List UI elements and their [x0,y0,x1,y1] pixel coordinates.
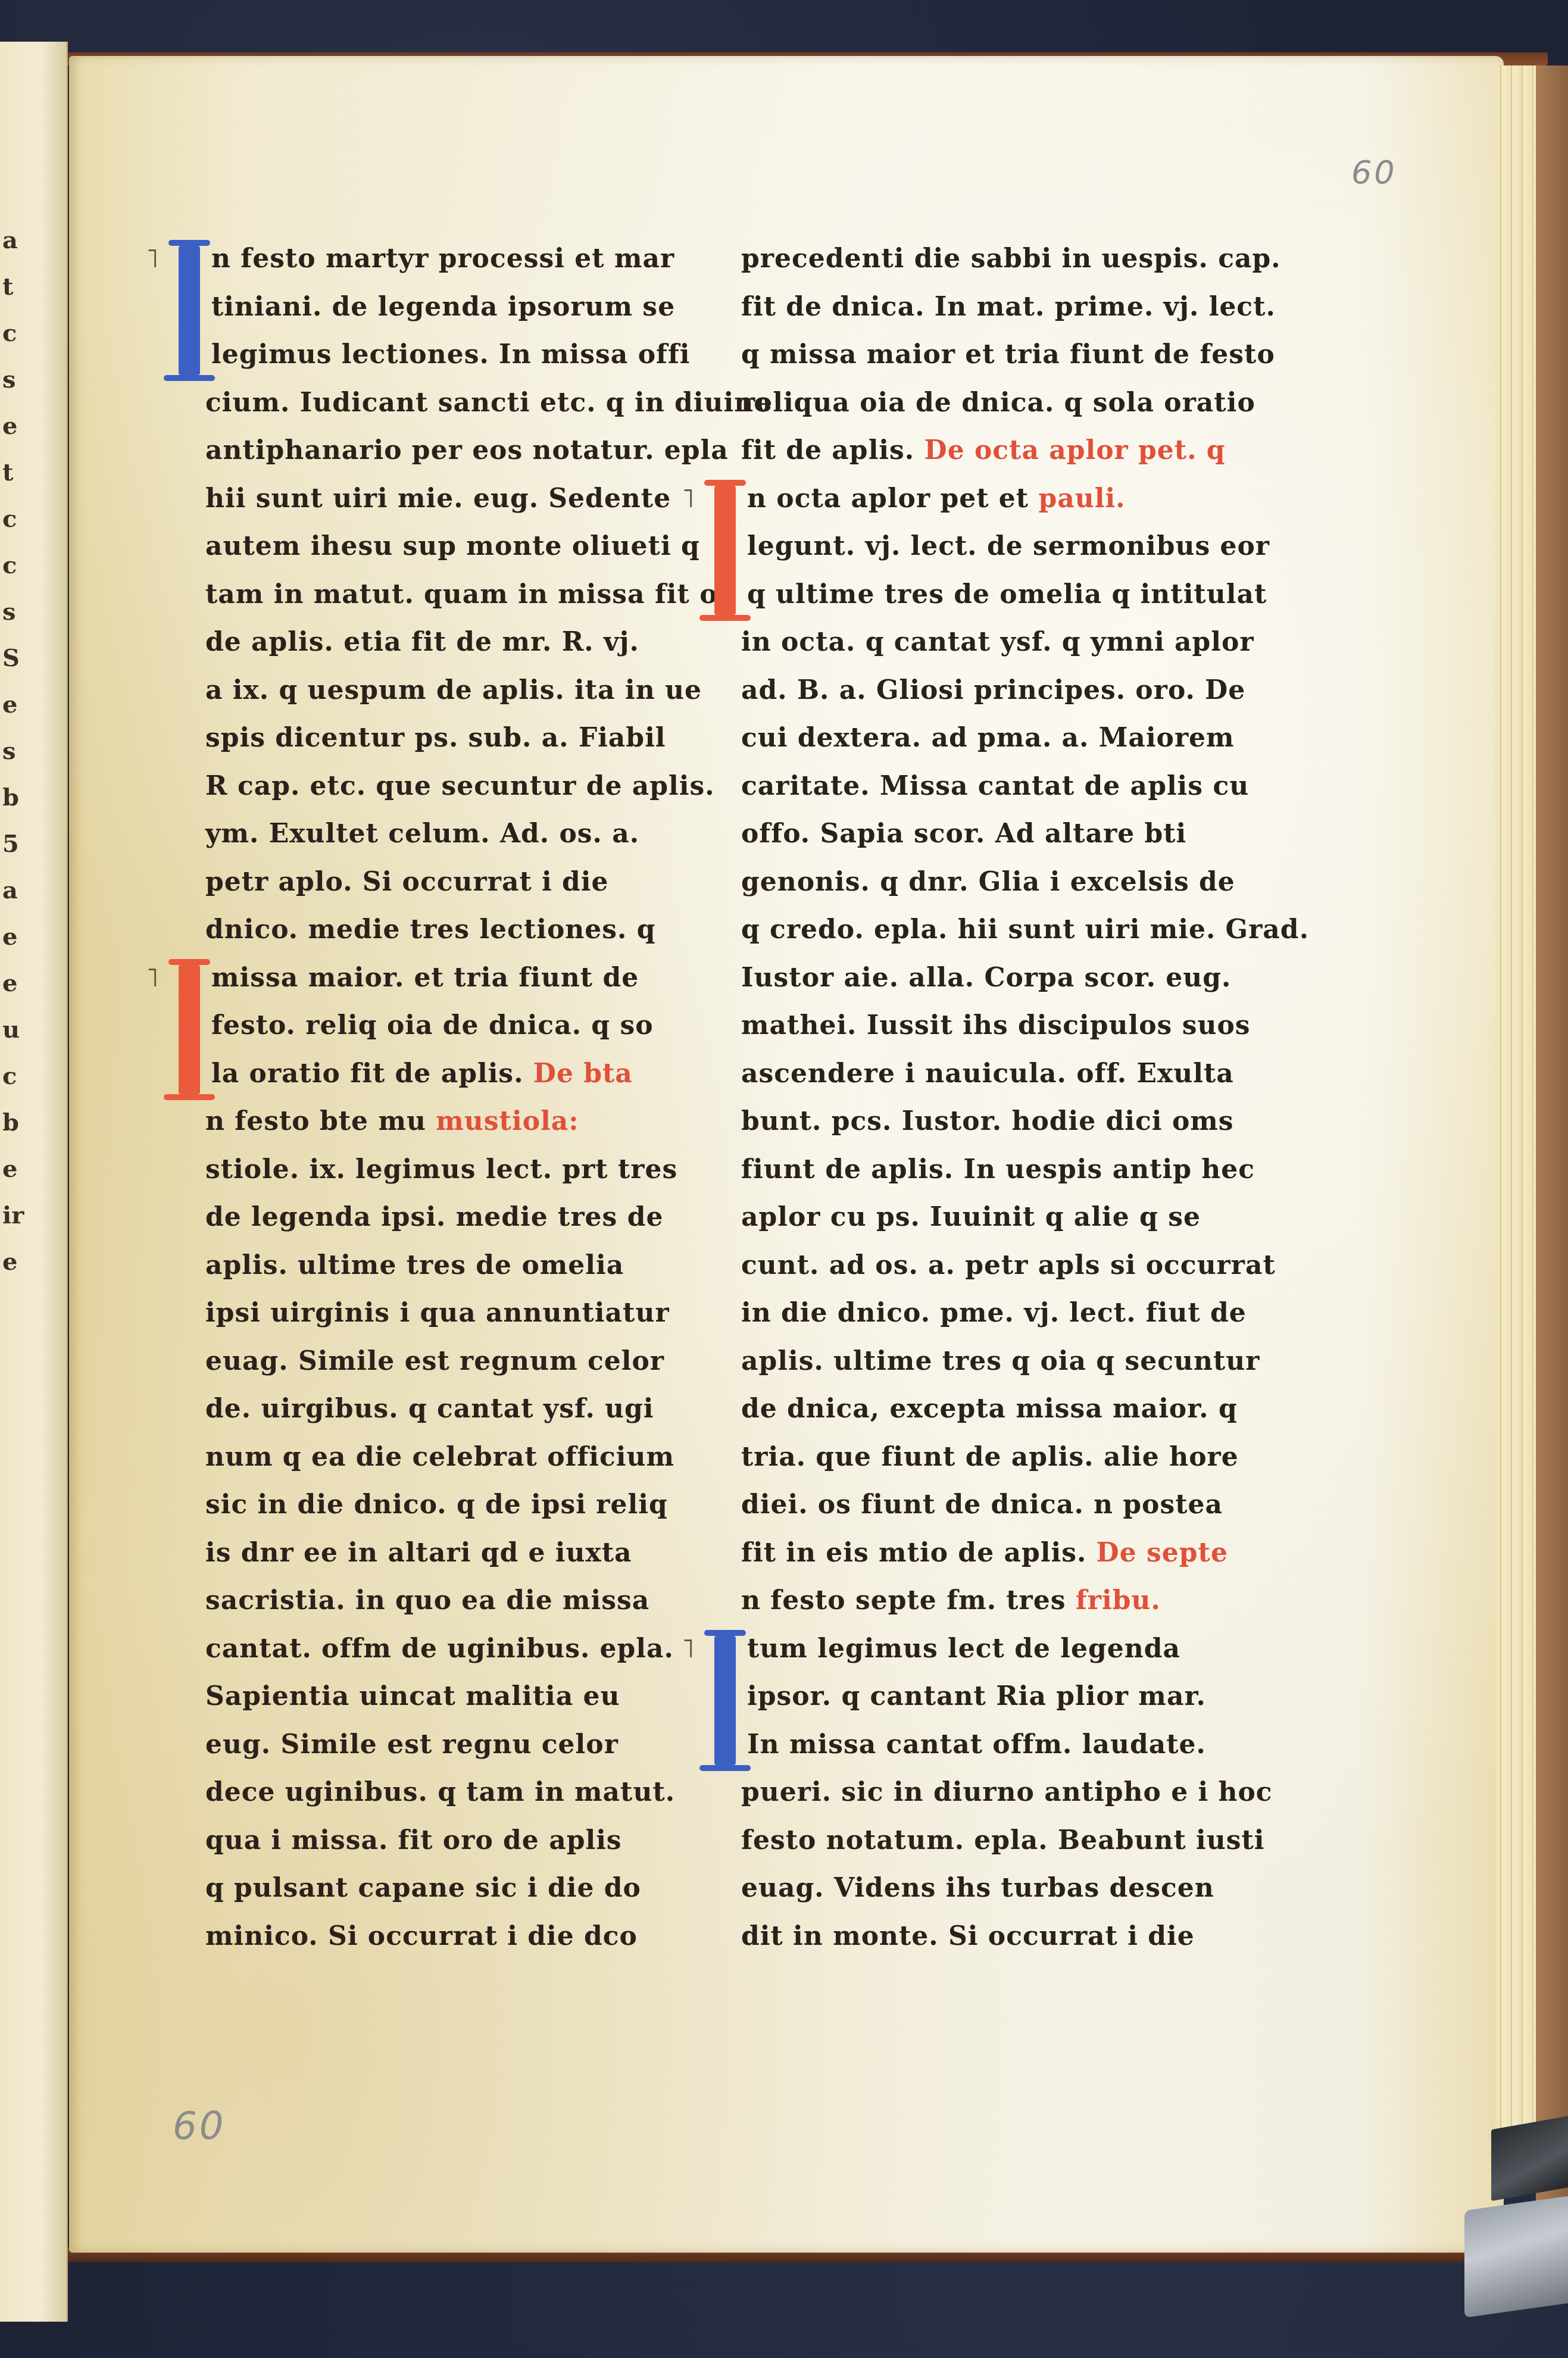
manuscript-line: fit in eis mtio de aplis. De septe [741,1529,1235,1578]
fore-edge-page-stack [1495,65,1537,2185]
manuscript-line: sacristia. in quo ea die missa [205,1577,682,1625]
line-text: tria. que fiunt de aplis. alie hore [741,1442,1239,1472]
line-text: q credo. epla. hii sunt uiri mie. Grad. [741,914,1309,945]
text-column-right: precedenti die sabbi in uespis. cap.fit … [741,235,1235,1960]
manuscript-line: in die dnico. pme. vj. lect. fiut de [741,1289,1235,1338]
facing-page-glyph: e [2,969,17,997]
line-text: cium. Iudicant sancti etc. q in diuino [205,388,771,418]
facing-page-glyph: b [2,783,19,811]
line-text: mathei. Iussit ihs discipulos suos [741,1010,1251,1041]
line-text: aplis. ultime tres q oia q secuntur [741,1346,1260,1376]
manuscript-line: missa maior. et tria fiunt de [205,954,682,1002]
manuscript-line: de dnica, excepta missa maior. q [741,1385,1235,1433]
line-text: dece uginibus. q tam in matut. [205,1777,675,1807]
line-text: la oratio fit de aplis. [211,1058,523,1089]
facing-page-glyph: s [2,737,16,765]
manuscript-line: In missa cantat offm. laudate. [741,1721,1235,1769]
line-text: sacristia. in quo ea die missa [205,1585,649,1616]
manuscript-line: q ultime tres de omelia q intitulat [741,571,1235,619]
manuscript-line: q missa maior et tria fiunt de festo [741,331,1235,379]
manuscript-line: qua i missa. fit oro de aplis [205,1817,682,1865]
line-text: q missa maior et tria fiunt de festo [741,339,1275,370]
manuscript-line: festo notatum. epla. Beabunt iusti [741,1817,1235,1865]
line-text: cantat. offm de uginibus. epla. [205,1634,674,1664]
manuscript-line: Sapientia uincat malitia eu [205,1673,682,1721]
manuscript-line: tria. que fiunt de aplis. alie hore [741,1433,1235,1482]
metal-weight [1464,2195,1568,2318]
manuscript-line: R cap. etc. que secuntur de aplis. [205,763,682,811]
manuscript-line: cium. Iudicant sancti etc. q in diuino [205,379,682,427]
manuscript-line: ipsor. q cantant Ria plior mar. [741,1673,1235,1721]
paragraph-mark: ˥ [146,243,159,274]
line-text: ad. B. a. Gliosi principes. oro. De [741,675,1245,705]
line-text: Sapientia uincat malitia eu [205,1681,620,1711]
line-text: de dnica, excepta missa maior. q [741,1394,1238,1424]
manuscript-line: n festo bte mu mustiola: [205,1098,682,1146]
line-text: eug. Simile est regnu celor [205,1729,619,1760]
line-text: de. uirgibus. q cantat ysf. ugi [205,1394,654,1424]
manuscript-line: aplis. ultime tres q oia q secuntur [741,1338,1235,1386]
line-text: diei. os fiunt de dnica. n postea [741,1489,1223,1520]
manuscript-line: num q ea die celebrat officium [205,1433,682,1482]
facing-page-glyph: u [2,1016,20,1044]
manuscript-line: hii sunt uiri mie. eug. Sedente [205,475,682,523]
line-text: festo. reliq oia de dnica. q so [211,1010,654,1041]
manuscript-line: caritate. Missa cantat de aplis cu [741,763,1235,811]
manuscript-line: ascendere i nauicula. off. Exulta [741,1050,1235,1098]
line-text: num q ea die celebrat officium [205,1442,674,1472]
facing-page-glyph: c [2,551,17,579]
facing-page-glyph: e [2,412,17,440]
facing-page-edge: atcsetccsSesb5aeeucbeire [0,42,68,2322]
manuscript-line: ipsi uirginis i qua annuntiatur [205,1289,682,1338]
line-text: n octa aplor pet et [747,483,1029,514]
rubric-text: pauli. [1029,483,1125,514]
manuscript-line: de legenda ipsi. medie tres de [205,1194,682,1242]
facing-page-glyph: S [2,644,20,672]
line-text: tam in matut. quam in missa fit or [205,579,732,610]
manuscript-line: de aplis. etia fit de mr. R. vj. [205,619,682,667]
manuscript-line: spis dicentur ps. sub. a. Fiabil [205,714,682,763]
manuscript-line: n octa aplor pet et pauli. [741,475,1235,523]
manuscript-line: euag. Simile est regnum celor [205,1338,682,1386]
line-text: antiphanario per eos notatur. epla [205,435,729,466]
line-text: autem ihesu sup monte oliueti q [205,531,700,561]
decorated-initial-red [704,480,746,621]
line-text: aplis. ultime tres de omelia [205,1250,624,1280]
manuscript-line: antiphanario per eos notatur. epla [205,427,682,475]
line-text: precedenti die sabbi in uespis. cap. [741,243,1281,274]
manuscript-line: n festo septe fm. tres fribu. [741,1577,1235,1625]
line-text: genonis. q dnr. Glia i excelsis de [741,867,1235,897]
line-text: cui dextera. ad pma. a. Maiorem [741,723,1235,753]
manuscript-line: reliqua oia de dnica. q sola oratio [741,379,1235,427]
folio-number-bottom: 60 [173,2104,226,2148]
line-text: In missa cantat offm. laudate. [747,1729,1206,1760]
manuscript-line: q credo. epla. hii sunt uiri mie. Grad. [741,906,1235,954]
manuscript-line: diei. os fiunt de dnica. n postea [741,1481,1235,1529]
line-text: pueri. sic in diurno antipho e i hoc [741,1777,1273,1807]
manuscript-line: tiniani. de legenda ipsorum se [205,283,682,332]
line-text: minico. Si occurrat i die dco [205,1921,638,1951]
line-text: R cap. etc. que secuntur de aplis. [205,771,715,801]
facing-page-glyph: ir [2,1201,24,1229]
rubric-text: De septe [1086,1538,1228,1568]
paragraph-mark: ˥ [682,1634,695,1664]
manuscript-line: legimus lectiones. In missa offi [205,331,682,379]
facing-page-glyph: e [2,1155,17,1183]
line-text: ipsor. q cantant Ria plior mar. [747,1681,1206,1711]
manuscript-line: la oratio fit de aplis. De bta [205,1050,682,1098]
line-text: fiunt de aplis. In uespis antip hec [741,1154,1255,1185]
facing-page-glyph: t [2,273,13,301]
line-text: fit in eis mtio de aplis. [741,1538,1086,1568]
manuscript-line: stiole. ix. legimus lect. prt tres [205,1146,682,1194]
line-text: aplor cu ps. Iuuinit q alie q se [741,1202,1201,1232]
facing-page-glyph: c [2,1062,17,1090]
binding-board-right [1536,65,1568,2209]
line-text: is dnr ee in altari qd e iuxta [205,1538,632,1568]
manuscript-line: cantat. offm de uginibus. epla. [205,1625,682,1673]
facing-page-glyph: c [2,505,17,533]
line-text: sic in die dnico. q de ipsi reliq [205,1489,668,1520]
line-text: bunt. pcs. Iustor. hodie dici oms [741,1106,1234,1136]
line-text: fit de aplis. [741,435,914,466]
facing-page-glyph: c [2,319,17,347]
facing-page-glyph: s [2,366,16,393]
manuscript-line: is dnr ee in altari qd e iuxta [205,1529,682,1578]
manuscript-line: petr aplo. Si occurrat i die [205,858,682,907]
line-text: euag. Videns ihs turbas descen [741,1873,1214,1903]
manuscript-line: n festo martyr processi et mar [205,235,682,283]
text-column-left: n festo martyr processi et martiniani. d… [205,235,682,1960]
decorated-initial-red [168,959,210,1100]
manuscript-line: ad. B. a. Gliosi principes. oro. De [741,667,1235,715]
facing-page-glyph: e [2,923,17,951]
facing-page-glyph: s [2,598,16,626]
line-text: stiole. ix. legimus lect. prt tres [205,1154,677,1185]
metal-clasp [1491,2115,1568,2201]
manuscript-line: euag. Videns ihs turbas descen [741,1864,1235,1913]
manuscript-line: genonis. q dnr. Glia i excelsis de [741,858,1235,907]
manuscript-line: dece uginibus. q tam in matut. [205,1769,682,1817]
line-text: ipsi uirginis i qua annuntiatur [205,1298,670,1328]
manuscript-line: minico. Si occurrat i die dco [205,1913,682,1961]
line-text: de aplis. etia fit de mr. R. vj. [205,627,639,657]
line-text: legimus lectiones. In missa offi [211,339,691,370]
manuscript-line: cui dextera. ad pma. a. Maiorem [741,714,1235,763]
manuscript-line: Iustor aie. alla. Corpa scor. eug. [741,954,1235,1002]
manuscript-line: bunt. pcs. Iustor. hodie dici oms [741,1098,1235,1146]
manuscript-line: dit in monte. Si occurrat i die [741,1913,1235,1961]
line-text: fit de dnica. In mat. prime. vj. lect. [741,292,1276,322]
line-text: tiniani. de legenda ipsorum se [211,292,675,322]
line-text: in octa. q cantat ysf. q ymni aplor [741,627,1254,657]
manuscript-line: fit de aplis. De octa aplor pet. q [741,427,1235,475]
decorated-initial-blue [168,240,210,381]
manuscript-line: in octa. q cantat ysf. q ymni aplor [741,619,1235,667]
line-text: de legenda ipsi. medie tres de [205,1202,663,1232]
line-text: n festo bte mu [205,1106,426,1136]
line-text: hii sunt uiri mie. eug. Sedente [205,483,671,514]
manuscript-line: mathei. Iussit ihs discipulos suos [741,1002,1235,1050]
facing-page-glyph: t [2,458,13,486]
manuscript-line: de. uirgibus. q cantat ysf. ugi [205,1385,682,1433]
line-text: a ix. q uespum de aplis. ita in ue [205,675,702,705]
rubric-text: fribu. [1066,1585,1161,1616]
manuscript-line: fit de dnica. In mat. prime. vj. lect. [741,283,1235,332]
line-text: festo notatum. epla. Beabunt iusti [741,1825,1265,1856]
facing-page-glyph: a [2,876,18,904]
line-text: reliqua oia de dnica. q sola oratio [741,388,1255,418]
manuscript-line: tam in matut. quam in missa fit or [205,571,682,619]
line-text: ascendere i nauicula. off. Exulta [741,1058,1234,1089]
manuscript-line: ym. Exultet celum. Ad. os. a. [205,810,682,858]
manuscript-line: aplis. ultime tres de omelia [205,1242,682,1290]
manuscript-line: legunt. vj. lect. de sermonibus eor [741,523,1235,571]
line-text: q pulsant capane sic i die do [205,1873,641,1903]
manuscript-line: a ix. q uespum de aplis. ita in ue [205,667,682,715]
line-text: Iustor aie. alla. Corpa scor. eug. [741,963,1231,993]
line-text: caritate. Missa cantat de aplis cu [741,771,1249,801]
facing-page-glyph: e [2,1248,17,1276]
manuscript-line: offo. Sapia scor. Ad altare bti [741,810,1235,858]
line-text: qua i missa. fit oro de aplis [205,1825,622,1856]
paragraph-mark: ˥ [682,483,695,514]
rubric-text: De octa aplor pet. q [914,435,1225,466]
manuscript-line: aplor cu ps. Iuuinit q alie q se [741,1194,1235,1242]
line-text: cunt. ad os. a. petr apls si occurrat [741,1250,1276,1280]
line-text: n festo septe fm. tres [741,1585,1066,1616]
line-text: dit in monte. Si occurrat i die [741,1921,1195,1951]
line-text: offo. Sapia scor. Ad altare bti [741,819,1186,849]
rubric-text: mustiola: [426,1106,579,1136]
line-text: missa maior. et tria fiunt de [211,963,639,993]
manuscript-line: q pulsant capane sic i die do [205,1864,682,1913]
line-text: legunt. vj. lect. de sermonibus eor [747,531,1270,561]
line-text: q ultime tres de omelia q intitulat [747,579,1267,610]
manuscript-line: dnico. medie tres lectiones. q [205,906,682,954]
paragraph-mark: ˥ [146,963,159,993]
line-text: in die dnico. pme. vj. lect. fiut de [741,1298,1247,1328]
rubric-text: De bta [523,1058,632,1089]
facing-page-glyph: a [2,226,18,254]
facing-page-glyph: e [2,691,17,719]
manuscript-line: pueri. sic in diurno antipho e i hoc [741,1769,1235,1817]
facing-page-glyph: b [2,1108,19,1136]
line-text: spis dicentur ps. sub. a. Fiabil [205,723,666,753]
manuscript-line: festo. reliq oia de dnica. q so [205,1002,682,1050]
folio-number-top: 60 [1351,154,1397,191]
line-text: ym. Exultet celum. Ad. os. a. [205,819,639,849]
manuscript-line: precedenti die sabbi in uespis. cap. [741,235,1235,283]
line-text: dnico. medie tres lectiones. q [205,914,655,945]
manuscript-line: eug. Simile est regnu celor [205,1721,682,1769]
line-text: euag. Simile est regnum celor [205,1346,664,1376]
manuscript-line: sic in die dnico. q de ipsi reliq [205,1481,682,1529]
line-text: petr aplo. Si occurrat i die [205,867,609,897]
line-text: n festo martyr processi et mar [211,243,674,274]
manuscript-line: fiunt de aplis. In uespis antip hec [741,1146,1235,1194]
facing-page-glyph: 5 [2,830,19,858]
decorated-initial-blue [704,1630,746,1771]
line-text: tum legimus lect de legenda [747,1634,1180,1664]
manuscript-line: tum legimus lect de legenda [741,1625,1235,1673]
manuscript-line: cunt. ad os. a. petr apls si occurrat [741,1242,1235,1290]
manuscript-line: autem ihesu sup monte oliueti q [205,523,682,571]
